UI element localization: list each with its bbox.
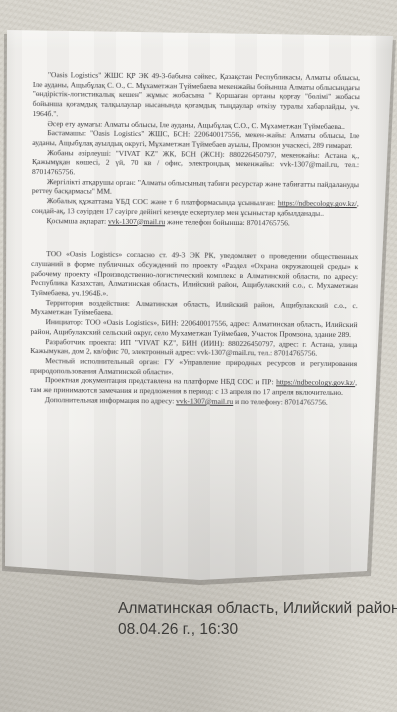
paragraph-text: Инициатор: ТОО «Oasis Logistics», БИН: 2…: [30, 317, 357, 339]
paragraph-text: Разработчик проекта: ИП "VIVAT KZ", БИН …: [30, 337, 357, 358]
document-text: "Oasis Logistics" ЖШС ҚР ЭК 49-3-бабына …: [30, 70, 360, 408]
photo-caption: Алматинская область, Илийский район 08.0…: [118, 599, 397, 640]
paragraph-text: Жобаны әзірлеуші: "VIVAT KZ" ЖК, БСН (ЖС…: [32, 148, 359, 177]
email-link-text: vvk-1307@mail.ru: [108, 216, 165, 226]
document-paragraph: "Oasis Logistics" ЖШС ҚР ЭК 49-3-бабына …: [33, 70, 360, 122]
caption-datetime: 08.04.26 г., 16:30: [118, 620, 397, 641]
paragraph-text: Бастамашы: "Oasis Logistics" ЖШС, БСН: 2…: [32, 128, 359, 150]
photo: "Oasis Logistics" ЖШС ҚР ЭК 49-3-бабына …: [0, 0, 397, 712]
paragraph-text: "Oasis Logistics" ЖШС ҚР ЭК 49-3-бабына …: [33, 70, 360, 118]
url-link-text: https://ndbecology.gov.kz/: [276, 378, 355, 388]
paragraph-text: Қосымша ақпарат:: [47, 216, 109, 226]
paragraph-text: Дополнительная информация по адресу:: [45, 395, 176, 405]
paragraph-text: Жергілікті атқарушы орган: "Алматы облыс…: [32, 177, 359, 196]
document-section-russian: ТОО «Oasis Logistics» согласно ст. 49-3 …: [30, 249, 358, 407]
caption-location: Алматинская область, Илийский район: [118, 599, 397, 620]
paragraph-text: ТОО «Oasis Logistics» согласно ст. 49-3 …: [31, 249, 358, 297]
url-link-text: https://ndbecology.gov.kz/: [278, 198, 357, 208]
paragraph-text: и по телефону: 87014765756.: [233, 397, 328, 407]
document-section-kazakh: "Oasis Logistics" ЖШС ҚР ЭК 49-3-бабына …: [32, 70, 360, 228]
document-paragraph: Дополнительная информация по адресу: vvk…: [30, 395, 357, 408]
document-paragraph: Жобаны әзірлеуші: "VIVAT KZ" ЖК, БСН (ЖС…: [32, 148, 359, 180]
document-paragraph: ТОО «Oasis Logistics» согласно ст. 49-3 …: [31, 249, 358, 301]
email-link-text: vvk-1307@mail.ru: [176, 396, 233, 406]
paragraph-text: және телефон бойынша: 87014765756.: [165, 217, 290, 227]
paragraph-text: Местный исполнительный орган: ГУ «Управл…: [30, 356, 357, 376]
paragraph-text: Территория воздействия: Алматинская обла…: [31, 298, 358, 317]
